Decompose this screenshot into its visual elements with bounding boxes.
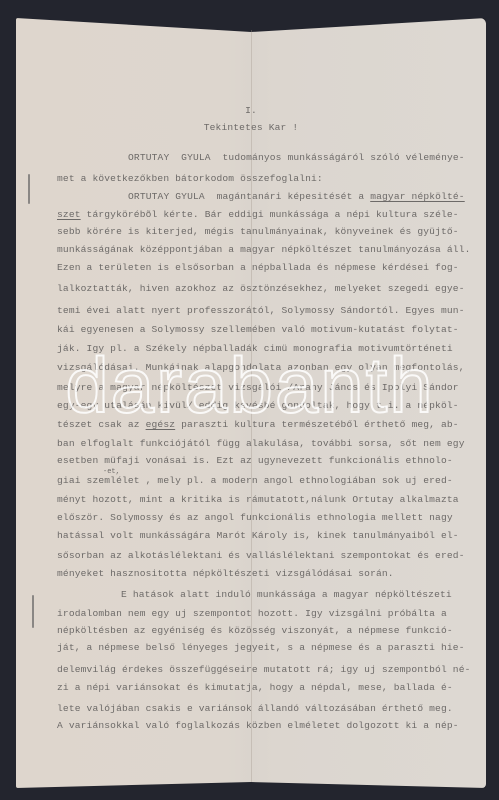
underlined-word: egész: [146, 419, 176, 430]
handwritten-correction: -et,: [103, 468, 120, 476]
margin-pencil-mark-bottom: [32, 595, 34, 628]
text-line: met a következőkben bátorkodom összefogl…: [57, 173, 323, 185]
text-line: delemvilág érdekes összefüggéseire mutat…: [57, 664, 471, 676]
text-line: irodalomban nem egy uj szempontot hozott…: [57, 608, 447, 620]
salutation: Tekintetes Kar !: [16, 122, 486, 134]
text-line: először. Solymossy és az angol funkcioná…: [57, 512, 453, 524]
text-line: zi a népi variánsokat és kimutatja, hogy…: [57, 682, 453, 694]
text-line: egy-egy utalásán kivül/ eddig kevésbé go…: [57, 400, 459, 412]
text-line: E hatások alatt induló munkássága a magy…: [121, 589, 452, 601]
text-line: ját, a népmese belső lényeges jegyeit, s…: [57, 642, 465, 654]
text-line: ményt hozott, mint a kritika is rámutato…: [57, 494, 459, 506]
text-line: tészet csak az egész paraszti kultura te…: [57, 419, 459, 431]
text-line: ORTUTAY GYULA magántanári képesitését a …: [128, 191, 465, 203]
margin-pencil-mark-top: [28, 174, 30, 204]
section-number: I.: [16, 105, 486, 117]
underlined-phrase: szet: [57, 209, 81, 220]
text-line: esetben müfaji vonásai is. Ezt az ugynev…: [57, 455, 453, 467]
text-line: népköltésben az egyéniség és közösség vi…: [57, 625, 453, 637]
text-line: lete valójában csakis e variánsok álland…: [57, 703, 453, 715]
text-line: temi évei alatt nyert professzorától, So…: [57, 305, 465, 317]
text-line: ban elfoglalt funkciójától függ alakulás…: [57, 438, 465, 450]
text-line: Ezen a területen is elsősorban a népball…: [57, 262, 459, 274]
text-line: ményeket hasznositotta népköltészeti viz…: [57, 568, 394, 580]
text-line: ORTUTAY GYULA tudományos munkásságáról s…: [128, 152, 465, 164]
text-line: hatással volt munkásságára Marót Károly …: [57, 530, 459, 542]
text-line: ják. Igy pl. a Székely népballadák cimü …: [57, 343, 453, 355]
text-line: kái egyenesen a Solymossy szellemében va…: [57, 324, 459, 336]
text-line: sősorban az alkotáslélektani és valláslé…: [57, 550, 465, 562]
text-line: giai szemlélet , mely pl. a modern angol…: [57, 475, 453, 487]
text-line: munkásságának középpontjában a magyar né…: [57, 244, 471, 256]
underlined-phrase: magyar népkölté-: [370, 191, 465, 202]
text-line: melyre a magyar népköltészet vizsgálói /…: [57, 382, 459, 394]
text-line: sebb körére is kiterjed, mégis tanulmány…: [57, 226, 459, 238]
text-line: A variánsokkal való foglalkozás közben e…: [57, 720, 459, 732]
text-line: szet tárgykörébõl kérte. Bár eddigi munk…: [57, 209, 459, 221]
text-line: lalkoztatták, hiven azokhoz az ösztönzés…: [57, 283, 465, 295]
text-line: vizsgálódásai. Munkáinak alapgondolata a…: [57, 362, 465, 374]
